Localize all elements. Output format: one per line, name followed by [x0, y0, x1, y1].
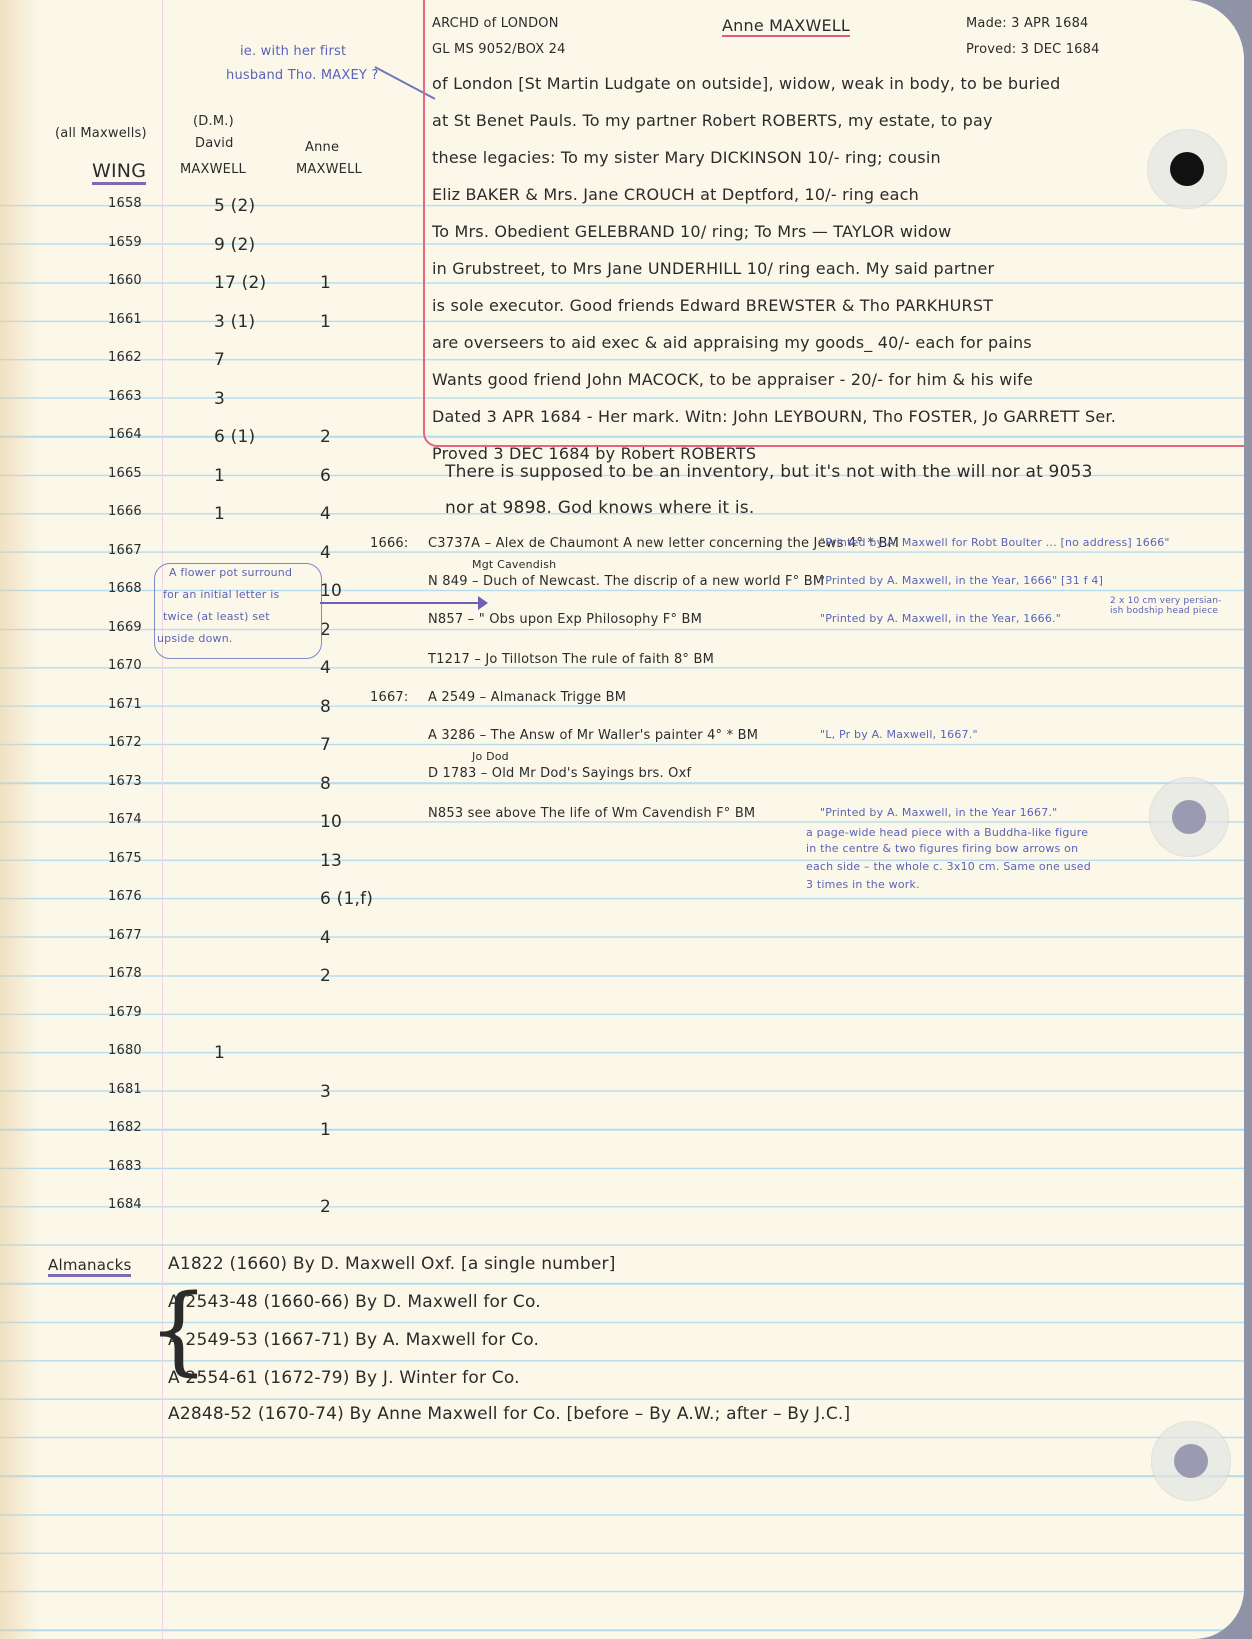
- will-line: To Mrs. Obedient GELEBRAND 10/ ring; To …: [432, 222, 951, 241]
- punch-hole-icon: [1172, 800, 1206, 834]
- almanack-entry: A 2554-61 (1672-79) By J. Winter for Co.: [168, 1368, 520, 1388]
- flower-note-line: upside down.: [157, 632, 233, 645]
- imprint-entry: N853 see above The life of Wm Cavendish …: [428, 806, 755, 821]
- imprint-printer-note: "Printed by A. Maxwell, in the Year 1667…: [820, 806, 1057, 819]
- anne-count-cell: 4: [320, 504, 331, 524]
- year-cell: 1662: [108, 350, 142, 365]
- notebook-page: ie. with her first husband Tho. MAXEY ? …: [0, 0, 1244, 1639]
- anne-count-cell: 13: [320, 851, 342, 871]
- david-count-cell: 1: [214, 504, 225, 524]
- imprint-entry: A 2549 – Almanack Trigge BM: [428, 690, 626, 705]
- archive-name: ARCHD of LONDON: [432, 16, 559, 31]
- inventory-note-line-2: nor at 9898. God knows where it is.: [445, 498, 754, 518]
- will-line: in Grubstreet, to Mrs Jane UNDERHILL 10/…: [432, 259, 994, 278]
- flower-pot-note-box: A flower pot surround for an initial let…: [154, 563, 322, 659]
- david-count-cell: 9 (2): [214, 235, 255, 255]
- anne-count-cell: 2: [320, 427, 331, 447]
- year-cell: 1684: [108, 1197, 142, 1212]
- will-line: at St Benet Pauls. To my partner Robert …: [432, 111, 993, 130]
- year-cell: 1676: [108, 889, 142, 904]
- paper-edge-shading: [0, 0, 40, 1639]
- year-cell: 1666: [108, 504, 142, 519]
- will-proved-date: Proved: 3 DEC 1684: [966, 42, 1100, 57]
- anne-count-cell: 2: [320, 966, 331, 986]
- imprint-year: 1667:: [370, 690, 408, 705]
- anne-count-cell: 4: [320, 543, 331, 563]
- will-line: Eliz BAKER & Mrs. Jane CROUCH at Deptfor…: [432, 185, 919, 204]
- anne-count-cell: 4: [320, 928, 331, 948]
- headpiece-note-line: 3 times in the work.: [806, 878, 920, 891]
- almanacks-label: Almanacks: [48, 1256, 131, 1277]
- year-cell: 1679: [108, 1005, 142, 1020]
- arrow-head-icon: [478, 596, 488, 610]
- david-count-cell: 5 (2): [214, 196, 255, 216]
- anne-count-cell: 7: [320, 735, 331, 755]
- wing-column-pre: (all Maxwells): [55, 126, 147, 141]
- anne-column-header: MAXWELL: [296, 162, 362, 177]
- wing-column-header: WING: [92, 160, 146, 185]
- flower-note-line: A flower pot surround: [169, 566, 292, 579]
- year-cell: 1680: [108, 1043, 142, 1058]
- year-cell: 1668: [108, 581, 142, 596]
- year-cell: 1665: [108, 466, 142, 481]
- year-cell: 1671: [108, 697, 142, 712]
- anne-count-cell: 4: [320, 658, 331, 678]
- almanack-entry: A 2543-48 (1660-66) By D. Maxwell for Co…: [168, 1292, 541, 1312]
- year-cell: 1658: [108, 196, 142, 211]
- imprint-side-note: 2 x 10 cm very persian-ish bodship head …: [1110, 596, 1230, 616]
- david-column-sub: David: [195, 136, 234, 151]
- imprint-printer-note: "Printed by A. Maxwell for Robt Boulter …: [820, 536, 1170, 549]
- david-count-cell: 3: [214, 389, 225, 409]
- imprint-entry: D 1783 – Old Mr Dod's Sayings brs. Oxf: [428, 766, 691, 781]
- imprint-year: 1666:: [370, 536, 408, 551]
- will-line: Dated 3 APR 1684 - Her mark. Witn: John …: [432, 407, 1116, 426]
- imprint-printer-note: "Printed by A. Maxwell, in the Year, 166…: [820, 574, 1103, 587]
- year-cell: 1672: [108, 735, 142, 750]
- david-column-pre: (D.M.): [193, 114, 234, 129]
- will-line: are overseers to aid exec & aid appraisi…: [432, 333, 1032, 352]
- margin-line: [162, 0, 163, 1639]
- imprint-printer-note: "Printed by A. Maxwell, in the Year, 166…: [820, 612, 1061, 625]
- david-count-cell: 6 (1): [214, 427, 255, 447]
- year-cell: 1674: [108, 812, 142, 827]
- imprint-entry: N 849 – Duch of Newcast. The discrip of …: [428, 574, 824, 589]
- anne-count-cell: 6 (1,f): [320, 889, 373, 909]
- punch-hole-icon: [1174, 1444, 1208, 1478]
- husband-note-line-2: husband Tho. MAXEY ?: [226, 68, 378, 83]
- headpiece-note-line: in the centre & two figures firing bow a…: [806, 842, 1078, 855]
- year-cell: 1660: [108, 273, 142, 288]
- year-cell: 1675: [108, 851, 142, 866]
- almanack-entry: A 2549-53 (1667-71) By A. Maxwell for Co…: [168, 1330, 539, 1350]
- year-cell: 1678: [108, 966, 142, 981]
- will-line: Wants good friend John MACOCK, to be app…: [432, 370, 1033, 389]
- anne-count-cell: 1: [320, 273, 331, 293]
- anne-count-cell: 8: [320, 697, 331, 717]
- headpiece-note-line: each side – the whole c. 3x10 cm. Same o…: [806, 860, 1091, 873]
- anne-column-sub: Anne: [305, 140, 339, 155]
- imprint-author-note: Mgt Cavendish: [472, 558, 556, 571]
- year-cell: 1667: [108, 543, 142, 558]
- year-cell: 1681: [108, 1082, 142, 1097]
- imprint-entry: T1217 – Jo Tillotson The rule of faith 8…: [428, 652, 714, 667]
- year-cell: 1659: [108, 235, 142, 250]
- will-line: of London [St Martin Ludgate on outside]…: [432, 74, 1060, 93]
- anne-count-cell: 2: [320, 1197, 331, 1217]
- testator-name: Anne MAXWELL: [722, 16, 850, 37]
- year-cell: 1664: [108, 427, 142, 442]
- david-count-cell: 1: [214, 466, 225, 486]
- anne-count-cell: 10: [320, 812, 342, 832]
- note-arrow: [320, 602, 485, 604]
- imprint-author-note: Jo Dod: [472, 750, 509, 763]
- imprint-entry: N857 – " Obs upon Exp Philosophy F° BM: [428, 612, 702, 627]
- david-count-cell: 3 (1): [214, 312, 255, 332]
- will-line: Proved 3 DEC 1684 by Robert ROBERTS: [432, 444, 756, 463]
- david-column-header: MAXWELL: [180, 162, 246, 177]
- year-cell: 1683: [108, 1159, 142, 1174]
- year-cell: 1673: [108, 774, 142, 789]
- david-count-cell: 7: [214, 350, 225, 370]
- husband-note-line-1: ie. with her first: [240, 44, 346, 59]
- anne-count-cell: 8: [320, 774, 331, 794]
- anne-count-cell: 1: [320, 312, 331, 332]
- imprint-printer-note: "L, Pr by A. Maxwell, 1667.": [820, 728, 978, 741]
- imprint-entry: A 3286 – The Answ of Mr Waller's painter…: [428, 728, 758, 743]
- david-count-cell: 1: [214, 1043, 225, 1063]
- year-cell: 1663: [108, 389, 142, 404]
- will-line: these legacies: To my sister Mary DICKIN…: [432, 148, 941, 167]
- year-cell: 1669: [108, 620, 142, 635]
- anne-count-cell: 1: [320, 1120, 331, 1140]
- inventory-note-line-1: There is supposed to be an inventory, bu…: [445, 462, 1093, 482]
- year-cell: 1661: [108, 312, 142, 327]
- anne-count-cell: 3: [320, 1082, 331, 1102]
- almanack-entry: A2848-52 (1670-74) By Anne Maxwell for C…: [168, 1404, 850, 1424]
- anne-count-cell: 6: [320, 466, 331, 486]
- david-count-cell: 17 (2): [214, 273, 266, 293]
- headpiece-note-line: a page-wide head piece with a Buddha-lik…: [806, 826, 1088, 839]
- year-cell: 1670: [108, 658, 142, 673]
- will-line: is sole executor. Good friends Edward BR…: [432, 296, 993, 315]
- almanack-entry: A1822 (1660) By D. Maxwell Oxf. [a singl…: [168, 1254, 616, 1274]
- flower-note-line: for an initial letter is: [163, 588, 279, 601]
- year-cell: 1677: [108, 928, 142, 943]
- year-cell: 1682: [108, 1120, 142, 1135]
- anne-count-cell: 10: [320, 581, 342, 601]
- archive-reference: GL MS 9052/BOX 24: [432, 42, 566, 57]
- will-made-date: Made: 3 APR 1684: [966, 16, 1089, 31]
- flower-note-line: twice (at least) set: [163, 610, 270, 623]
